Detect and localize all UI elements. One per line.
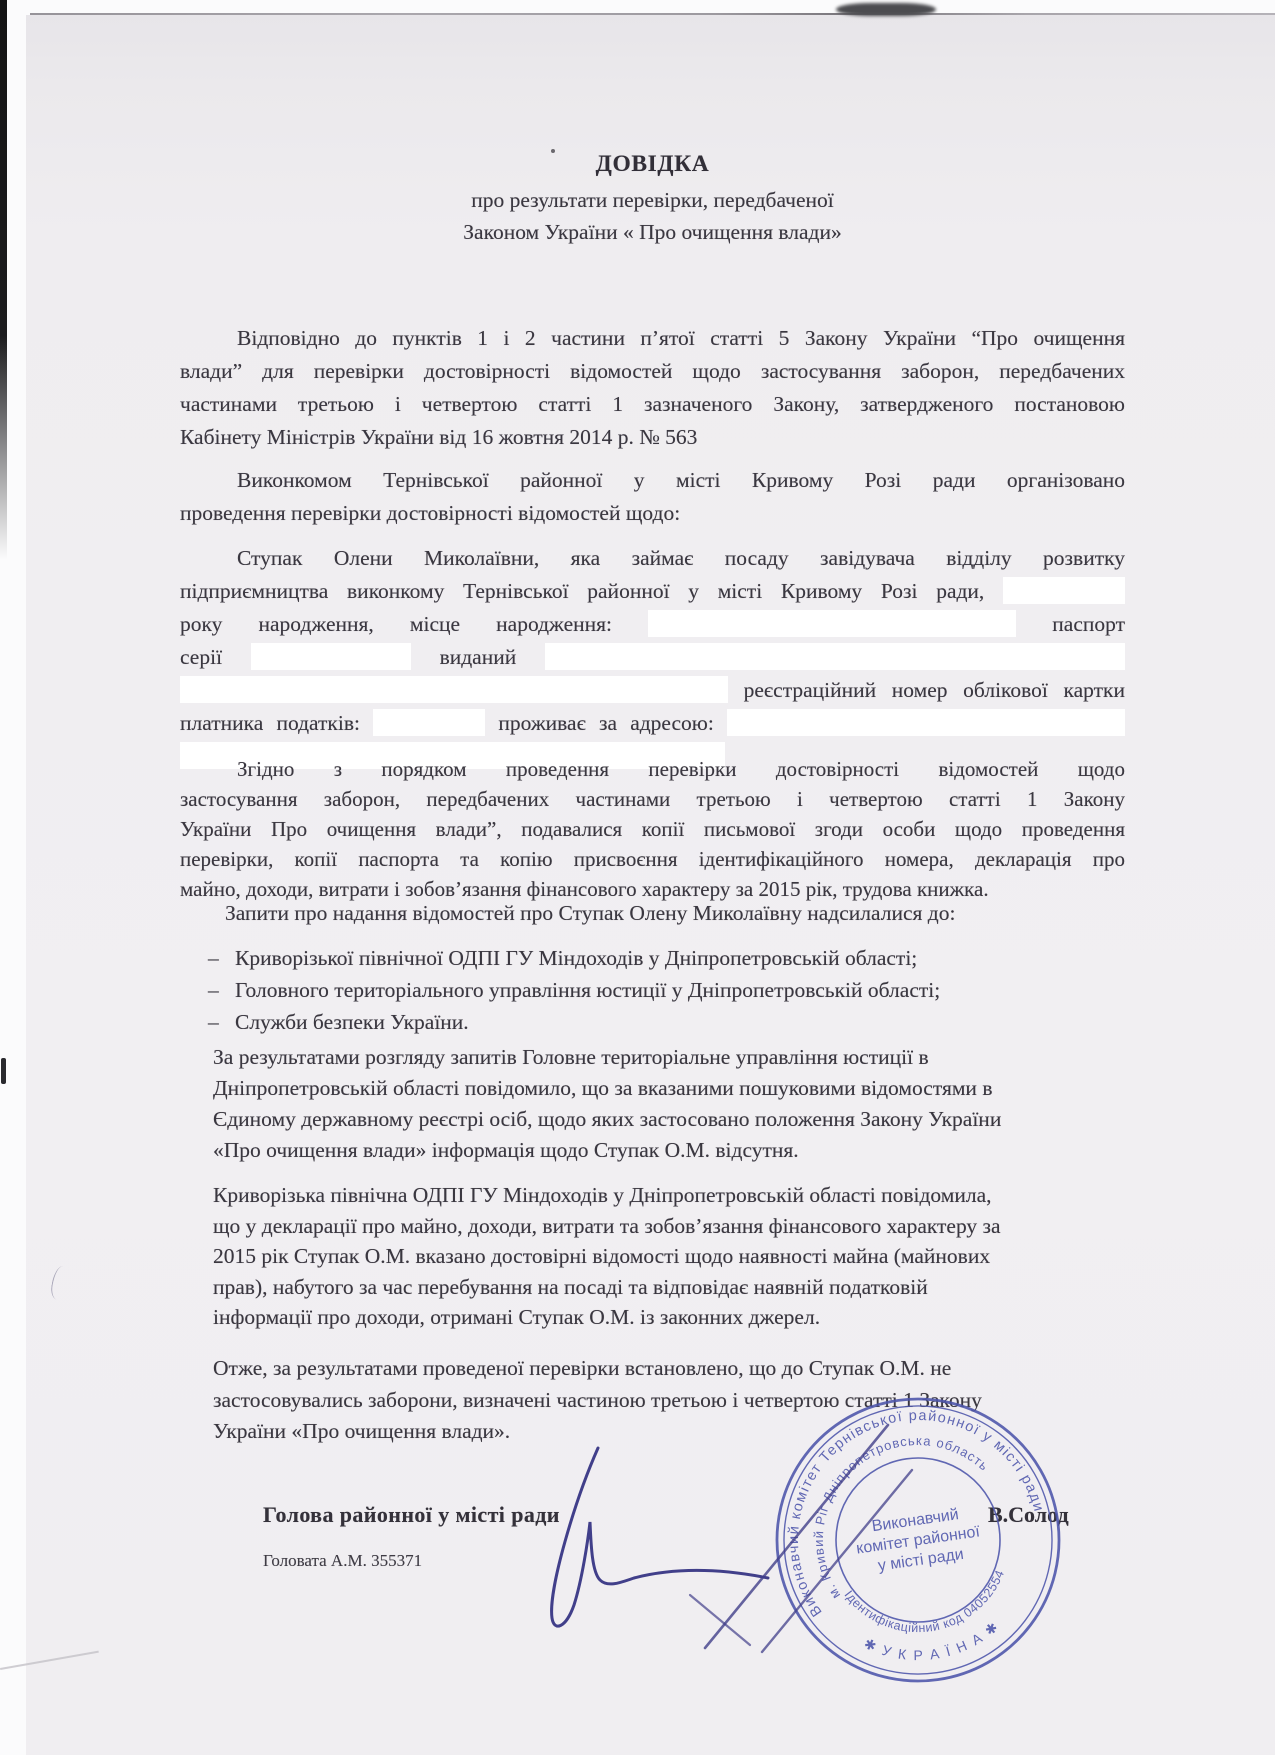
- clerk-reference: Головата А.М. 355371: [263, 1551, 422, 1571]
- text-run: проведення перевірки достовірності відом…: [180, 501, 680, 525]
- dash-bullet: –: [208, 974, 219, 1006]
- text-run: платника податків:: [180, 711, 360, 735]
- text-run: За результатами розгляду запитів Головне…: [213, 1045, 929, 1069]
- list-item-text: Служби безпеки України.: [235, 1010, 469, 1034]
- redaction-box: [545, 643, 1125, 670]
- text-run: Кабінету Міністрів України від 16 жовтня…: [180, 425, 697, 449]
- text-line: реєстраційний номер облікової картки: [180, 674, 1125, 707]
- text-run: влади” для перевірки достовірності відом…: [180, 359, 1125, 383]
- text-line: України Про очищення влади”, подавалися …: [180, 814, 1125, 844]
- list-item-text: Криворізької північної ОДПІ ГУ Міндоході…: [235, 946, 917, 970]
- text-run: серії: [180, 645, 222, 669]
- dash-bullet: –: [208, 1006, 219, 1038]
- document-text-column: ДОВІДКА про результати перевірки, передб…: [180, 0, 1125, 1755]
- dash-bullet: –: [208, 942, 219, 974]
- text-run: Єдиному державному реєстрі осіб, щодо як…: [213, 1107, 1001, 1131]
- redaction-box: [648, 610, 1016, 637]
- text-line: Кабінету Міністрів України від 16 жовтня…: [180, 421, 1125, 454]
- text-run: прав), набутого за час перебування на по…: [213, 1275, 928, 1299]
- text-run: перевірки, копії паспорта та копію присв…: [180, 847, 1125, 871]
- text-line: Єдиному державному реєстрі осіб, щодо як…: [213, 1104, 1125, 1135]
- request-recipients-list: –Криворізької північної ОДПІ ГУ Міндоход…: [180, 942, 1125, 1038]
- text-run: проживає за адресою:: [498, 711, 714, 735]
- text-line: Криворізька північна ОДПІ ГУ Міндоходів …: [213, 1180, 1125, 1211]
- text-line: підприємництва виконкому Тернівської рай…: [180, 575, 1125, 608]
- text-run: України «Про очищення влади».: [213, 1419, 510, 1443]
- text-line: Відповідно до пунктів 1 і 2 частини п’ят…: [180, 322, 1125, 355]
- paragraph-procedure: Згідно з порядком проведення перевірки д…: [180, 754, 1125, 904]
- paragraph-person-details: Ступак Олени Миколаївни, яка займає поса…: [180, 542, 1125, 773]
- redaction-box: [373, 709, 485, 736]
- scanned-document: { "page": { "background": "#efedf0", "re…: [0, 0, 1275, 1755]
- list-item: –Криворізької північної ОДПІ ГУ Міндоход…: [180, 942, 1125, 974]
- redaction-box: [251, 643, 411, 670]
- text-run: «Про очищення влади» інформація щодо Сту…: [213, 1138, 799, 1162]
- paragraph-organizer: Виконкомом Тернівської районної у місті …: [180, 464, 1125, 530]
- text-run: паспорт: [1052, 612, 1125, 636]
- paragraph-legal-basis: Відповідно до пунктів 1 і 2 частини п’ят…: [180, 322, 1125, 454]
- text-line: «Про очищення влади» інформація щодо Сту…: [213, 1135, 1125, 1166]
- paragraph-requests-intro: Запити про надання відомостей про Ступак…: [180, 898, 1125, 928]
- text-run: 2015 рік Ступак О.М. вказано достовірні …: [213, 1244, 990, 1268]
- text-run: виданий: [440, 645, 517, 669]
- document-title: ДОВІДКА: [180, 151, 1125, 178]
- text-run: застосування заборон, передбачених части…: [180, 787, 1125, 811]
- text-line: застосування заборон, передбачених части…: [180, 784, 1125, 814]
- title-block: ДОВІДКА про результати перевірки, передб…: [180, 151, 1125, 248]
- scan-speck: [1, 1058, 6, 1084]
- text-run: Запити про надання відомостей про Ступак…: [225, 901, 955, 925]
- text-line: 2015 рік Ступак О.М. вказано достовірні …: [213, 1241, 1125, 1272]
- text-line: застосовувались заборони, визначені част…: [213, 1385, 1125, 1417]
- text-run: що у декларації про майно, доходи, витра…: [213, 1214, 1001, 1238]
- text-run: Дніпропетровській області повідомило, що…: [213, 1076, 992, 1100]
- text-line: Ступак Олени Миколаївни, яка займає поса…: [180, 542, 1125, 575]
- redaction-box: [1003, 577, 1125, 604]
- text-run: інформації про доходи, отримані Ступак О…: [213, 1305, 820, 1329]
- text-run: Виконкомом Тернівської районної у місті …: [237, 468, 1125, 492]
- text-line: Згідно з порядком проведення перевірки д…: [180, 754, 1125, 784]
- text-line: Запити про надання відомостей про Ступак…: [180, 898, 1125, 928]
- signatory-title: Голова районної у місті ради: [263, 1502, 560, 1528]
- text-line: Виконкомом Тернівської районної у місті …: [180, 464, 1125, 497]
- redaction-box: [180, 676, 728, 703]
- text-run: України Про очищення влади”, подавалися …: [180, 817, 1125, 841]
- text-line: України «Про очищення влади».: [213, 1416, 1125, 1448]
- paragraph-tax-result: Криворізька північна ОДПІ ГУ Міндоходів …: [213, 1180, 1125, 1333]
- text-line: влади” для перевірки достовірності відом…: [180, 355, 1125, 388]
- text-run: року народження, місце народження:: [180, 612, 612, 636]
- text-run: підприємництва виконкому Тернівської рай…: [180, 579, 984, 603]
- text-run: реєстраційний номер облікової картки: [744, 678, 1125, 702]
- text-line: прав), набутого за час перебування на по…: [213, 1272, 1125, 1303]
- text-run: Відповідно до пунктів 1 і 2 частини п’ят…: [237, 326, 1125, 350]
- text-line: проведення перевірки достовірності відом…: [180, 497, 1125, 530]
- text-line: За результатами розгляду запитів Головне…: [213, 1042, 1125, 1073]
- paragraph-conclusion: Отже, за результатами проведеної перевір…: [213, 1353, 1125, 1448]
- text-run: застосовувались заборони, визначені част…: [213, 1388, 982, 1412]
- text-line: серії виданий: [180, 641, 1125, 674]
- scan-left-edge: [0, 0, 7, 560]
- document-subtitle-line1: про результати перевірки, передбаченої: [180, 184, 1125, 216]
- text-line: платника податків: проживає за адресою:: [180, 707, 1125, 740]
- paragraph-justice-result: За результатами розгляду запитів Головне…: [213, 1042, 1125, 1166]
- text-line: року народження, місце народження: паспо…: [180, 608, 1125, 641]
- list-item: –Головного територіального управління юс…: [180, 974, 1125, 1006]
- signatory-name: В.Солод: [988, 1502, 1069, 1528]
- text-line: частинами третьою і четвертою статті 1 з…: [180, 388, 1125, 421]
- list-item: –Служби безпеки України.: [180, 1006, 1125, 1038]
- text-run: Криворізька північна ОДПІ ГУ Міндоходів …: [213, 1183, 992, 1207]
- text-line: перевірки, копії паспорта та копію присв…: [180, 844, 1125, 874]
- text-line: Отже, за результатами проведеної перевір…: [213, 1353, 1125, 1385]
- text-line: Дніпропетровській області повідомило, що…: [213, 1073, 1125, 1104]
- text-line: що у декларації про майно, доходи, витра…: [213, 1211, 1125, 1242]
- text-run: частинами третьою і четвертою статті 1 з…: [180, 392, 1125, 416]
- document-subtitle-line2: Законом України « Про очищення влади»: [180, 216, 1125, 248]
- list-item-text: Головного територіального управління юст…: [235, 978, 940, 1002]
- redaction-box: [727, 709, 1125, 736]
- text-run: Отже, за результатами проведеної перевір…: [213, 1356, 951, 1380]
- text-line: інформації про доходи, отримані Ступак О…: [213, 1302, 1125, 1333]
- text-run: Згідно з порядком проведення перевірки д…: [237, 757, 1125, 781]
- text-run: Ступак Олени Миколаївни, яка займає поса…: [237, 546, 1125, 570]
